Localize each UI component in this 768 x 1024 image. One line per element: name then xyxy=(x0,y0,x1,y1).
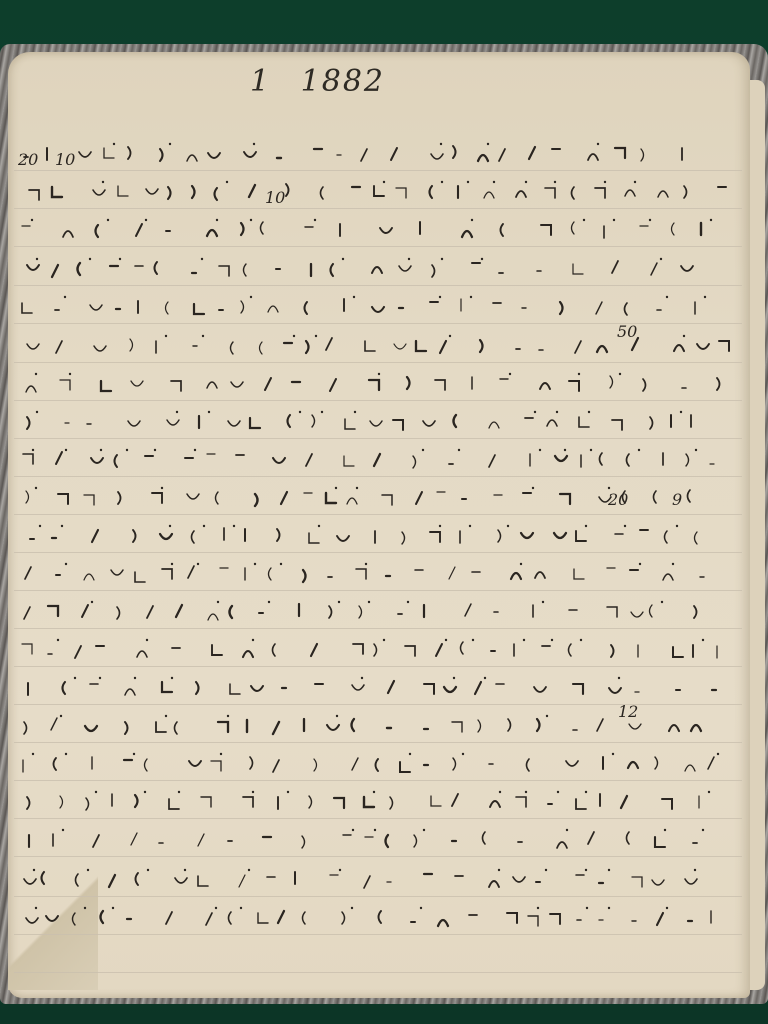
shorthand-dot xyxy=(226,181,228,183)
shorthand-dot xyxy=(217,601,219,603)
shorthand-dot xyxy=(220,753,222,755)
shorthand-dot xyxy=(216,219,218,221)
shorthand-dot xyxy=(672,563,674,565)
shorthand-stroke xyxy=(24,879,36,884)
shorthand-stroke xyxy=(187,155,197,161)
shorthand-dot xyxy=(445,639,447,641)
shorthand-stroke xyxy=(453,146,456,158)
shorthand-stroke xyxy=(572,222,575,234)
shorthand-stroke xyxy=(607,607,617,617)
shorthand-stroke xyxy=(652,880,664,885)
shorthand-dot xyxy=(252,639,254,641)
shorthand-dot xyxy=(608,907,610,909)
shorthand-stroke xyxy=(569,381,579,391)
shorthand-stroke xyxy=(414,835,417,847)
shorthand-dot xyxy=(74,677,76,679)
shorthand-stroke xyxy=(137,651,147,657)
shorthand-stroke xyxy=(498,530,501,542)
shorthand-dot xyxy=(422,449,424,451)
shorthand-dot xyxy=(613,219,615,221)
shorthand-dot xyxy=(708,791,710,793)
shorthand-stroke xyxy=(244,264,247,276)
shorthand-stroke xyxy=(717,378,720,390)
shorthand-dot xyxy=(321,411,323,413)
shorthand-dot xyxy=(203,525,205,527)
shorthand-dot xyxy=(354,411,356,413)
shorthand-stroke xyxy=(52,265,58,277)
shorthand-dot xyxy=(95,791,97,793)
shorthand-dot xyxy=(664,829,666,831)
shorthand-stroke xyxy=(281,492,287,504)
shorthand-dot xyxy=(680,411,682,413)
shorthand-stroke xyxy=(212,645,222,655)
shorthand-dot xyxy=(608,487,610,489)
shorthand-stroke xyxy=(490,801,500,807)
shorthand-stroke xyxy=(327,725,339,730)
shorthand-dot xyxy=(383,639,385,641)
shorthand-stroke xyxy=(621,796,627,808)
shorthand-dot xyxy=(409,753,411,755)
shorthand-dot xyxy=(583,219,585,221)
shorthand-dot xyxy=(145,219,147,221)
shorthand-dot xyxy=(250,296,252,298)
shorthand-stroke xyxy=(597,346,607,352)
shorthand-stroke xyxy=(27,344,39,349)
shorthand-dot xyxy=(133,753,135,755)
shorthand-stroke xyxy=(424,684,434,694)
shorthand-dot xyxy=(509,373,511,375)
shorthand-dot xyxy=(147,869,149,871)
shorthand-dot xyxy=(551,639,553,641)
shorthand-stroke xyxy=(29,190,39,200)
shorthand-dot xyxy=(618,677,620,679)
shorthand-stroke xyxy=(557,842,567,848)
shorthand-stroke xyxy=(25,567,31,579)
shorthand-stroke xyxy=(432,265,435,277)
shorthand-stroke xyxy=(261,222,264,234)
shorthand-stroke xyxy=(84,495,94,505)
shorthand-stroke xyxy=(413,456,416,468)
shorthand-dot xyxy=(660,258,662,260)
shorthand-dot xyxy=(352,829,354,831)
shorthand-stroke xyxy=(430,186,433,198)
shorthand-dot xyxy=(493,181,495,183)
shorthand-stroke xyxy=(499,149,505,161)
shorthand-dot xyxy=(32,753,34,755)
shorthand-stroke xyxy=(508,719,511,731)
shorthand-dot xyxy=(407,601,409,603)
shorthand-stroke xyxy=(125,722,128,734)
shorthand-stroke xyxy=(198,834,204,846)
shorthand-dot xyxy=(481,258,483,260)
shorthand-dot xyxy=(171,677,173,679)
shorthand-dot xyxy=(335,487,337,489)
shorthand-dot xyxy=(666,907,668,909)
shorthand-dot xyxy=(634,181,636,183)
shorthand-stroke xyxy=(572,187,575,199)
shorthand-dot xyxy=(373,791,375,793)
shorthand-dot xyxy=(546,715,548,717)
shorthand-dot xyxy=(666,296,668,298)
shorthand-dot xyxy=(287,791,289,793)
shorthand-stroke xyxy=(218,722,228,732)
shorthand-stroke xyxy=(511,573,521,579)
shorthand-stroke xyxy=(311,644,317,656)
shorthand-dot xyxy=(227,715,229,717)
shorthand-stroke xyxy=(596,302,602,314)
shorthand-stroke xyxy=(198,876,208,886)
shorthand-stroke xyxy=(51,718,57,730)
shorthand-dot xyxy=(339,869,341,871)
shorthand-stroke xyxy=(376,759,379,771)
shorthand-dot xyxy=(487,143,489,145)
shorthand-stroke xyxy=(612,261,618,273)
shorthand-stroke xyxy=(334,798,344,808)
shorthand-stroke xyxy=(529,147,535,159)
shorthand-stroke xyxy=(444,687,456,692)
shorthand-stroke xyxy=(685,765,695,771)
shorthand-stroke xyxy=(239,875,245,887)
shorthand-stroke xyxy=(483,832,486,844)
shorthand-stroke xyxy=(452,722,462,732)
shorthand-dot xyxy=(89,258,91,260)
shorthand-stroke xyxy=(22,644,32,654)
shorthand-dot xyxy=(585,525,587,527)
shorthand-stroke xyxy=(187,494,199,499)
shorthand-stroke xyxy=(230,684,240,694)
shorthand-stroke xyxy=(370,421,382,426)
shorthand-dot xyxy=(65,753,67,755)
shorthand-stroke xyxy=(694,606,697,618)
shorthand-stroke xyxy=(273,722,279,734)
shorthand-dot xyxy=(33,869,35,871)
shorthand-stroke xyxy=(685,879,697,884)
shorthand-stroke xyxy=(26,386,36,392)
shorthand-stroke xyxy=(196,682,199,694)
shorthand-dot xyxy=(253,143,255,145)
shorthand-stroke xyxy=(268,306,278,312)
handwritten-numeral: 20 xyxy=(608,490,628,509)
shorthand-stroke xyxy=(330,379,336,391)
shorthand-stroke xyxy=(255,494,258,506)
shorthand-stroke xyxy=(352,719,355,731)
shorthand-dot xyxy=(315,335,317,337)
shorthand-stroke xyxy=(167,420,179,425)
shorthand-stroke xyxy=(555,456,567,461)
shorthand-dot xyxy=(107,219,109,221)
shorthand-stroke xyxy=(573,264,583,274)
shorthand-stroke xyxy=(258,913,268,923)
shorthand-stroke xyxy=(576,799,586,809)
shorthand-dot xyxy=(126,449,128,451)
shorthand-stroke xyxy=(192,186,195,198)
shorthand-stroke xyxy=(273,760,279,772)
shorthand-dot xyxy=(676,525,678,527)
shorthand-stroke xyxy=(550,914,560,924)
shorthand-stroke xyxy=(643,379,646,391)
shorthand-dot xyxy=(65,449,67,451)
shorthand-dot xyxy=(649,219,651,221)
shorthand-stroke xyxy=(125,689,135,695)
shorthand-stroke xyxy=(440,341,446,353)
shorthand-stroke xyxy=(241,223,244,235)
shorthand-stroke xyxy=(94,346,106,351)
shorthand-stroke xyxy=(329,606,332,618)
shorthand-dot xyxy=(469,525,471,527)
shorthand-dot xyxy=(35,907,37,909)
shorthand-dot xyxy=(201,258,203,260)
shorthand-dot xyxy=(351,907,353,909)
shorthand-stroke xyxy=(155,262,158,274)
shorthand-stroke xyxy=(241,301,244,313)
shorthand-dot xyxy=(556,411,558,413)
shorthand-dot xyxy=(318,525,320,527)
shorthand-dot xyxy=(449,335,451,337)
shorthand-stroke xyxy=(60,796,63,808)
shorthand-stroke xyxy=(56,341,62,353)
shorthand-stroke xyxy=(342,912,345,924)
shorthand-stroke xyxy=(537,719,540,731)
shorthand-stroke xyxy=(60,380,70,390)
shorthand-stroke xyxy=(146,189,158,194)
shorthand-stroke xyxy=(131,833,137,845)
shorthand-stroke xyxy=(528,916,538,926)
shorthand-stroke xyxy=(303,912,306,924)
shorthand-stroke xyxy=(478,720,481,732)
shorthand-stroke xyxy=(52,187,62,197)
shorthand-dot xyxy=(65,563,67,565)
shorthand-stroke xyxy=(574,569,584,579)
shorthand-stroke xyxy=(309,796,312,808)
shorthand-stroke xyxy=(672,223,675,235)
shorthand-stroke xyxy=(374,644,377,656)
shorthand-stroke xyxy=(91,458,103,463)
shorthand-dot xyxy=(176,411,178,413)
shorthand-stroke xyxy=(117,607,120,619)
shorthand-dot xyxy=(215,907,217,909)
shorthand-dot xyxy=(299,411,301,413)
handwritten-numeral: 50 xyxy=(617,322,637,341)
shorthand-dot xyxy=(695,449,697,451)
shorthand-dot xyxy=(557,791,559,793)
shorthand-stroke xyxy=(131,381,143,386)
shorthand-stroke xyxy=(135,572,145,582)
shorthand-stroke xyxy=(402,532,405,544)
shorthand-dot xyxy=(252,791,254,793)
shorthand-stroke xyxy=(454,415,457,427)
shorthand-stroke xyxy=(286,184,289,196)
shorthand-stroke xyxy=(118,186,128,196)
shorthand-stroke xyxy=(438,920,448,926)
shorthand-stroke xyxy=(359,606,362,618)
shorthand-stroke xyxy=(461,642,464,654)
shorthand-dot xyxy=(638,449,640,451)
shorthand-stroke xyxy=(78,263,81,275)
shorthand-stroke xyxy=(657,913,663,925)
shorthand-stroke xyxy=(612,420,622,430)
shorthand-dot xyxy=(537,907,539,909)
shorthand-stroke xyxy=(560,302,563,314)
shorthand-stroke xyxy=(686,454,689,466)
shorthand-stroke xyxy=(588,832,594,844)
shorthand-dot xyxy=(441,181,443,183)
shorthand-stroke xyxy=(540,383,550,389)
shorthand-stroke xyxy=(93,835,99,847)
shorthand-stroke xyxy=(207,382,217,388)
shorthand-stroke xyxy=(309,533,319,543)
shorthand-dot xyxy=(585,869,587,871)
handwritten-numeral: 10 xyxy=(265,188,285,207)
shorthand-stroke xyxy=(135,795,138,807)
shorthand-stroke xyxy=(54,758,57,770)
shorthand-stroke xyxy=(453,758,456,770)
shorthand-dot xyxy=(441,258,443,260)
shorthand-stroke xyxy=(431,154,443,159)
shorthand-stroke xyxy=(674,345,684,351)
shorthand-dot xyxy=(254,563,256,565)
shorthand-dot xyxy=(84,907,86,909)
shorthand-stroke xyxy=(393,420,403,430)
shorthand-dot xyxy=(31,219,33,221)
shorthand-stroke xyxy=(449,567,455,579)
shorthand-dot xyxy=(439,296,441,298)
shorthand-dot xyxy=(612,753,614,755)
shorthand-dot xyxy=(704,296,706,298)
shorthand-dot xyxy=(523,639,525,641)
shorthand-stroke xyxy=(372,307,384,312)
shorthand-dot xyxy=(554,181,556,183)
shorthand-stroke xyxy=(452,794,458,806)
shorthand-stroke xyxy=(650,417,653,429)
shorthand-stroke xyxy=(58,494,68,504)
shorthand-dot xyxy=(35,487,37,489)
shorthand-stroke xyxy=(405,646,415,656)
shorthand-stroke xyxy=(215,188,218,200)
shorthand-stroke xyxy=(326,493,336,503)
shorthand-stroke xyxy=(627,454,630,466)
shorthand-dot xyxy=(112,907,114,909)
shorthand-dot xyxy=(608,869,610,871)
shorthand-stroke xyxy=(189,761,201,766)
shorthand-stroke xyxy=(92,530,98,542)
shorthand-stroke xyxy=(697,344,709,349)
shorthand-dot xyxy=(525,181,527,183)
shorthand-dot xyxy=(248,869,250,871)
shorthand-stroke xyxy=(436,644,442,656)
shorthand-stroke xyxy=(597,719,603,731)
shorthand-stroke xyxy=(166,302,169,314)
shorthand-stroke xyxy=(462,231,472,237)
shorthand-stroke xyxy=(326,338,332,350)
shorthand-stroke xyxy=(615,148,625,158)
shorthand-dot xyxy=(250,219,252,221)
shorthand-stroke xyxy=(625,303,628,315)
shorthand-stroke xyxy=(353,644,363,654)
shorthand-dot xyxy=(202,335,204,337)
shorthand-dot xyxy=(566,829,568,831)
shorthand-dot xyxy=(564,449,566,451)
shorthand-dot xyxy=(32,449,34,451)
shorthand-stroke xyxy=(26,491,29,503)
shorthand-stroke xyxy=(390,797,393,809)
shorthand-dot xyxy=(194,449,196,451)
shorthand-stroke xyxy=(545,188,555,198)
shorthand-stroke xyxy=(337,536,349,541)
shorthand-stroke xyxy=(75,646,81,658)
shorthand-stroke xyxy=(156,722,166,732)
shorthand-dot xyxy=(472,639,474,641)
shorthand-dot xyxy=(590,449,592,451)
shorthand-dot xyxy=(102,181,104,183)
shorthand-stroke xyxy=(663,574,673,580)
shorthand-dot xyxy=(178,791,180,793)
shorthand-stroke xyxy=(188,566,194,578)
shorthand-stroke xyxy=(364,797,374,807)
shorthand-stroke xyxy=(278,911,284,923)
shorthand-stroke xyxy=(394,344,406,349)
shorthand-stroke xyxy=(207,230,217,236)
shorthand-stroke xyxy=(269,568,272,580)
shorthand-dot xyxy=(165,335,167,337)
shorthand-dot xyxy=(585,791,587,793)
shorthand-stroke xyxy=(152,493,162,503)
shorthand-stroke xyxy=(655,757,658,769)
shorthand-stroke xyxy=(84,574,94,580)
shorthand-stroke xyxy=(216,492,219,504)
shorthand-dot xyxy=(233,525,235,527)
shorthand-stroke xyxy=(229,912,232,924)
shorthand-stroke xyxy=(654,491,657,503)
shorthand-dot xyxy=(91,601,93,603)
shorthand-stroke xyxy=(22,303,32,313)
shorthand-stroke xyxy=(250,757,253,769)
shorthand-stroke xyxy=(352,758,358,770)
shorthand-dot xyxy=(532,487,534,489)
shorthand-stroke xyxy=(391,148,397,160)
shorthand-stroke xyxy=(321,187,324,199)
shorthand-dot xyxy=(99,677,101,679)
shorthand-stroke xyxy=(489,881,499,887)
shorthand-stroke xyxy=(128,421,140,426)
shorthand-dot xyxy=(471,219,473,221)
shorthand-stroke xyxy=(169,799,179,809)
shorthand-stroke xyxy=(600,453,603,465)
shorthand-stroke xyxy=(23,454,33,464)
shorthand-stroke xyxy=(541,225,551,235)
shorthand-stroke xyxy=(507,913,517,923)
shorthand-stroke xyxy=(288,415,291,427)
shorthand-stroke xyxy=(684,186,687,198)
shorthand-dot xyxy=(525,791,527,793)
shorthand-stroke xyxy=(374,454,380,466)
shorthand-dot xyxy=(374,829,376,831)
shorthand-dot xyxy=(462,753,464,755)
shorthand-stroke xyxy=(535,572,545,578)
shorthand-stroke xyxy=(655,837,665,847)
shorthand-stroke xyxy=(484,192,494,198)
shorthand-dot xyxy=(197,563,199,565)
shorthand-dot xyxy=(144,791,146,793)
shorthand-stroke xyxy=(250,418,260,428)
shorthand-stroke xyxy=(243,651,253,657)
shorthand-dot xyxy=(597,143,599,145)
shorthand-stroke xyxy=(249,185,255,197)
shorthand-stroke xyxy=(273,644,276,656)
shorthand-stroke xyxy=(407,377,410,389)
shorthand-stroke xyxy=(27,265,39,270)
shorthand-stroke xyxy=(228,421,240,426)
shorthand-stroke xyxy=(306,341,309,353)
